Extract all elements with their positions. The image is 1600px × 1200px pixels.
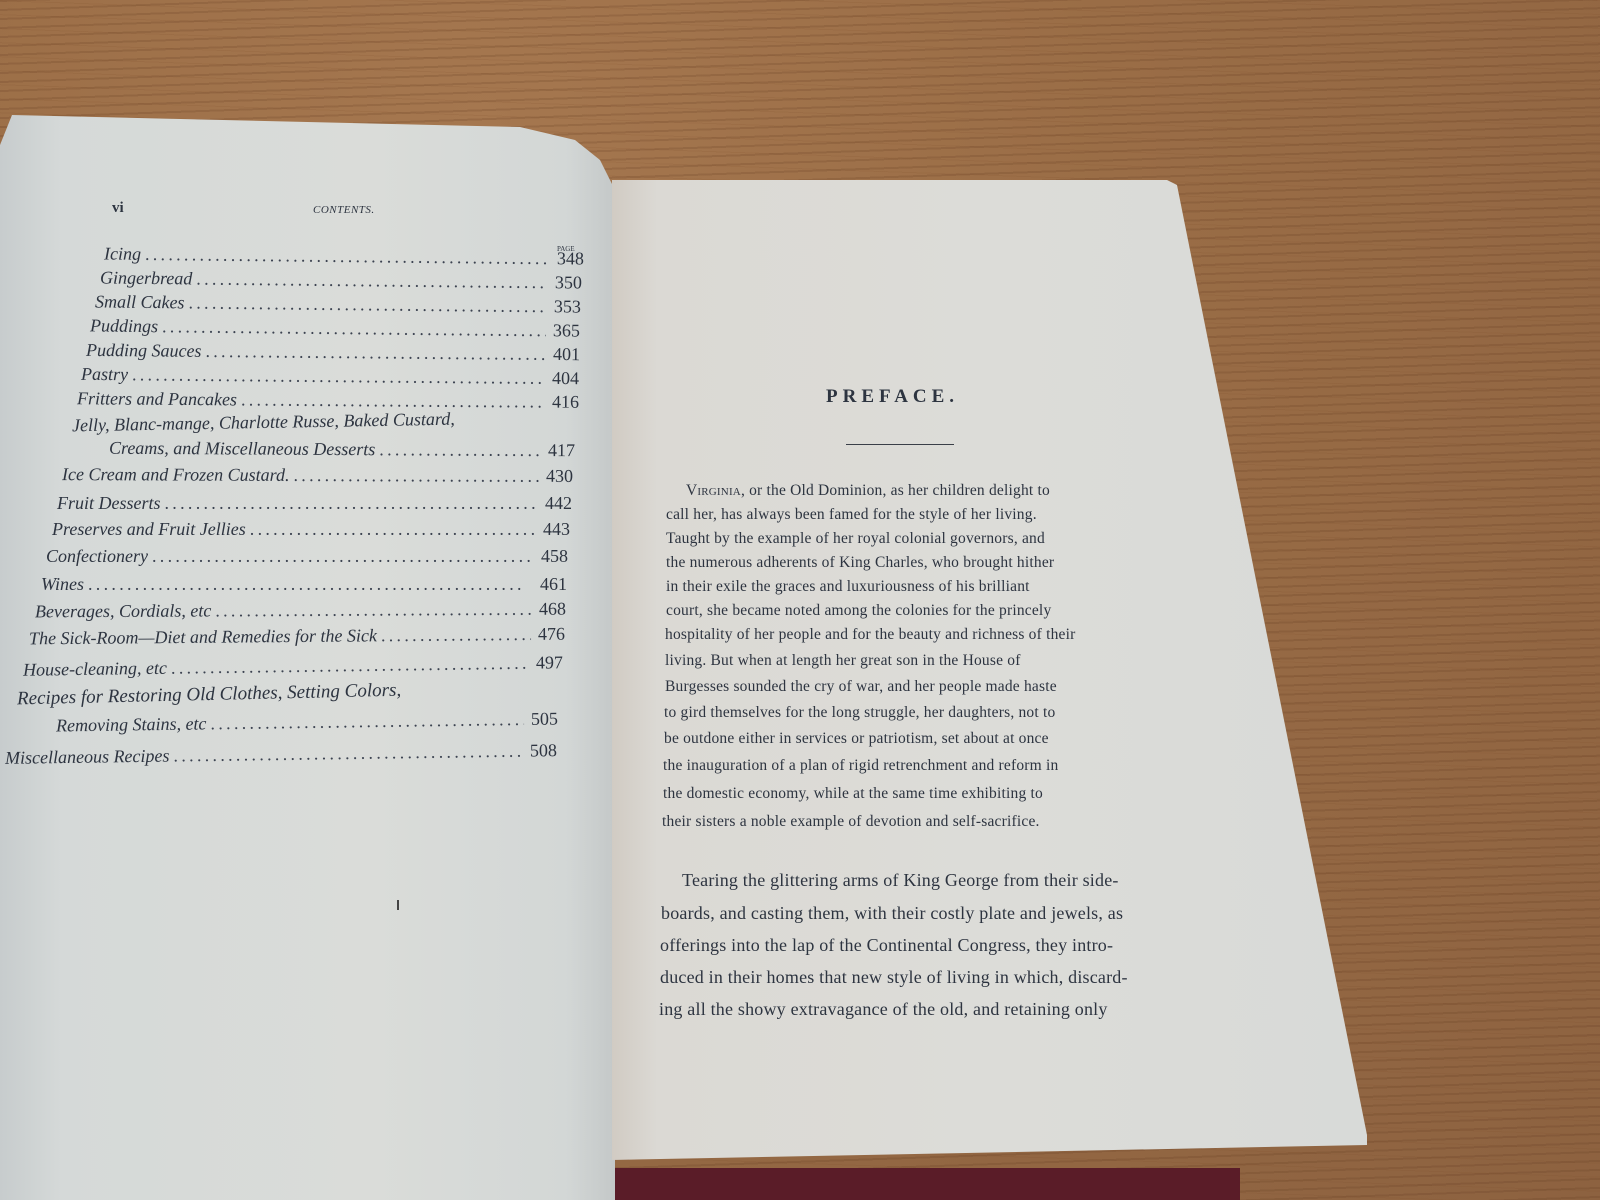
leader-dots: ........................................… [162, 316, 546, 341]
toc-entry: Small Cakes.............................… [95, 291, 581, 317]
toc-page-number: 458 [538, 546, 568, 567]
toc-page-number: 468 [536, 599, 566, 620]
toc-title: Small Cakes [95, 291, 185, 313]
text-line: Tearing the glittering arms of King Geor… [682, 870, 1119, 891]
text-line: offerings into the lap of the Continenta… [660, 935, 1113, 956]
toc-page-number: 401 [550, 344, 580, 365]
leader-dots: ........................................… [196, 268, 548, 293]
toc-page-number: 417 [545, 440, 575, 461]
toc-page-number: 348 [554, 248, 584, 269]
toc-entry: Preserves and Fruit Jellies.............… [52, 519, 570, 540]
text-line: call her, has always been famed for the … [666, 506, 1037, 524]
leader-dots: ........................................… [132, 364, 545, 389]
toc-title: House-cleaning, etc [23, 658, 167, 681]
text-line: be outdone either in services or patriot… [664, 730, 1049, 748]
text-line: the numerous adherents of King Charles, … [666, 554, 1054, 572]
toc-title: Recipes for Restoring Old Clothes, Setti… [17, 680, 402, 711]
leader-dots: ........................................… [88, 574, 533, 595]
toc-page-number: 430 [543, 466, 573, 487]
title-rule [846, 444, 954, 445]
text-line: living. But when at length her great son… [665, 652, 1021, 670]
toc-entry: Wines...................................… [41, 574, 567, 595]
toc-title: Fruit Desserts [57, 493, 161, 514]
text-line: duced in their homes that new style of l… [660, 967, 1128, 988]
toc-entry: Gingerbread.............................… [100, 267, 582, 293]
toc-page-number: 416 [549, 392, 579, 413]
table-of-contents: Icing...................................… [0, 0, 620, 800]
toc-entry: Confectionery...........................… [46, 546, 568, 567]
text-line: their sisters a noble example of devotio… [662, 813, 1040, 831]
toc-entry: Beverages, Cordials, etc................… [35, 599, 566, 623]
toc-page-number: 353 [551, 296, 581, 317]
toc-entry: Icing...................................… [104, 243, 584, 269]
toc-page-number: 476 [535, 624, 565, 645]
text-line: ing all the showy extravagance of the ol… [659, 999, 1108, 1020]
toc-page-number: 443 [540, 519, 570, 540]
leader-dots: ........................................… [152, 546, 534, 567]
toc-title: Ice Cream and Frozen Custard. [62, 464, 290, 486]
text-line: court, she became noted among the coloni… [666, 602, 1051, 620]
leader-dots: ........................................… [210, 709, 524, 734]
toc-title: Confectionery [46, 546, 148, 567]
toc-title: Creams, and Miscellaneous Desserts [109, 438, 375, 460]
toc-page-number: 365 [550, 320, 580, 341]
toc-page-number: 497 [533, 652, 563, 673]
text-line: the domestic economy, while at the same … [663, 785, 1043, 803]
toc-entry: Fritters and Pancakes...................… [77, 388, 579, 413]
toc-title: Wines [41, 574, 84, 595]
page-mark [397, 900, 399, 910]
text-line: Taught by the example of her royal colon… [666, 530, 1045, 548]
leader-dots: ........................................… [381, 624, 531, 646]
toc-title: Gingerbread [100, 267, 193, 289]
toc-page-number: 404 [549, 368, 579, 389]
toc-title: Miscellaneous Recipes [5, 746, 170, 769]
text-line: Burgesses sounded the cry of war, and he… [665, 678, 1057, 696]
toc-page-number: 350 [552, 272, 582, 293]
leader-dots: ........................................… [145, 244, 550, 269]
toc-entry: Pudding Sauces..........................… [86, 340, 580, 365]
toc-title: Beverages, Cordials, etc [35, 600, 211, 622]
toc-entry: Miscellaneous Recipes...................… [5, 740, 557, 769]
toc-entry: Puddings................................… [90, 315, 580, 341]
leader-dots: ........................................… [293, 465, 539, 487]
toc-entry: Ice Cream and Frozen Custard............… [62, 464, 573, 487]
toc-title: Pudding Sauces [86, 340, 202, 362]
toc-title: Removing Stains, etc [56, 713, 207, 736]
toc-entry: Fruit Desserts..........................… [57, 493, 572, 514]
toc-title: Puddings [90, 315, 158, 337]
toc-entry: House-cleaning, etc.....................… [23, 652, 563, 681]
leader-dots: ........................................… [171, 653, 529, 679]
toc-title: Pastry [81, 364, 128, 385]
text-line: to gird themselves for the long struggle… [664, 704, 1055, 722]
text-line: in their exile the graces and luxuriousn… [666, 578, 1030, 596]
preface-title: PREFACE. [826, 386, 959, 408]
leader-dots: ........................................… [205, 341, 546, 365]
toc-page-number: 461 [537, 574, 567, 595]
leader-dots: ........................................… [250, 519, 536, 540]
toc-entry: The Sick-Room—Diet and Remedies for the … [29, 624, 565, 650]
drop-small-caps: Virginia [686, 482, 741, 499]
leader-dots: ........................................… [165, 493, 539, 514]
toc-title: Icing [104, 243, 141, 264]
toc-entry: Recipes for Restoring Old Clothes, Setti… [17, 680, 402, 711]
toc-entry: Removing Stains, etc....................… [56, 708, 558, 736]
text-line: hospitality of her people and for the be… [665, 626, 1075, 644]
text-line: boards, and casting them, with their cos… [661, 903, 1123, 924]
leader-dots: ........................................… [379, 439, 541, 461]
toc-title: Fritters and Pancakes [77, 388, 237, 410]
toc-entry: Pastry..................................… [81, 364, 579, 389]
toc-page-number: 442 [542, 493, 572, 514]
leader-dots: ........................................… [215, 599, 532, 622]
toc-page-number: 505 [528, 708, 558, 729]
toc-entry: Creams, and Miscellaneous Desserts......… [109, 438, 575, 461]
leader-dots: ........................................… [173, 741, 523, 767]
toc-entry: Jelly, Blanc-mange, Charlotte Russe, Bak… [72, 409, 455, 437]
toc-title: Preserves and Fruit Jellies [52, 519, 246, 540]
text-line: Virginia, or the Old Dominion, as her ch… [686, 482, 1050, 500]
leader-dots: ........................................… [188, 292, 547, 317]
text-line: the inauguration of a plan of rigid retr… [663, 757, 1058, 775]
toc-page-number: 508 [527, 740, 557, 761]
toc-title: Jelly, Blanc-mange, Charlotte Russe, Bak… [72, 409, 455, 437]
toc-title: The Sick-Room—Diet and Remedies for the … [29, 625, 377, 649]
